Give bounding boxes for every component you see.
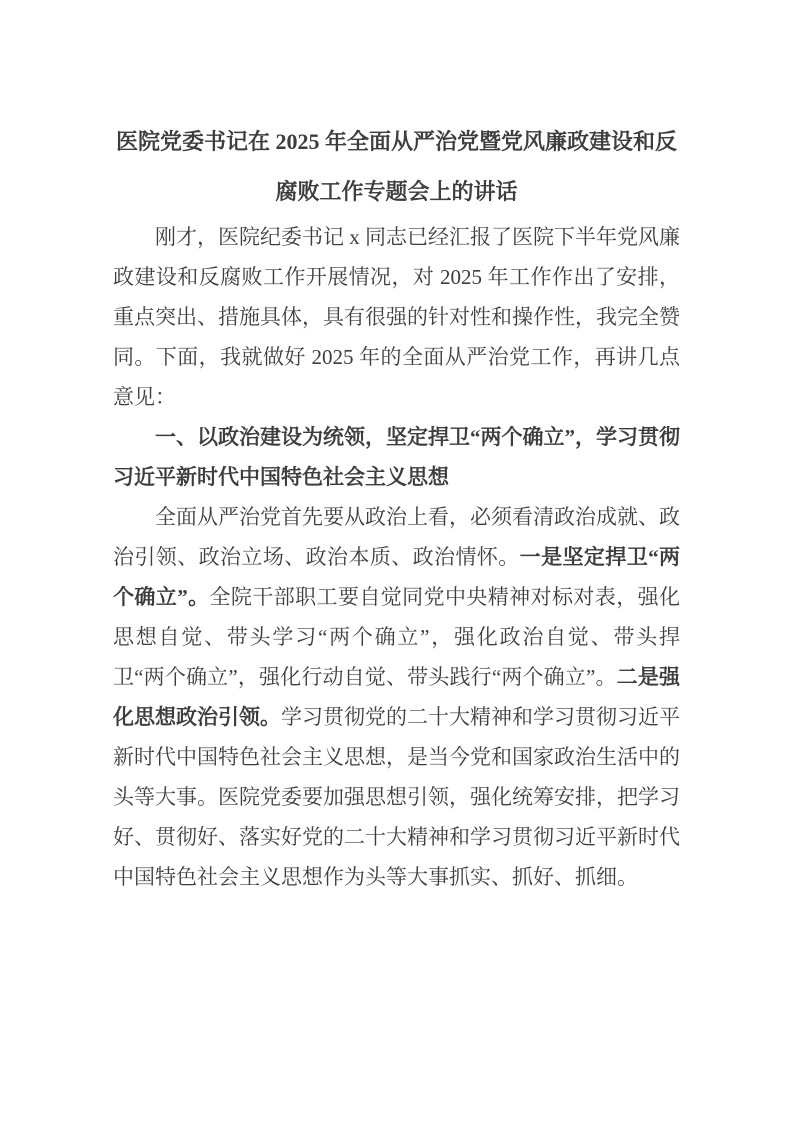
document-page: 医院党委书记在 2025 年全面从严治党暨党风廉政建设和反腐败工作专题会上的讲话…	[0, 0, 793, 1122]
document-title: 医院党委书记在 2025 年全面从严治党暨党风廉政建设和反腐败工作专题会上的讲话	[113, 117, 680, 217]
document-body: 刚才，医院纪委书记 x 同志已经汇报了医院下半年党风廉政建设和反腐败工作开展情况…	[113, 217, 680, 897]
paragraph: 刚才，医院纪委书记 x 同志已经汇报了医院下半年党风廉政建设和反腐败工作开展情况…	[113, 217, 680, 417]
text-run: 刚才，医院纪委书记 x 同志已经汇报了医院下半年党风廉政建设和反腐败工作开展情况…	[113, 225, 680, 409]
section-heading: 一、以政治建设为统领，坚定捍卫“两个确立”，学习贯彻习近平新时代中国特色社会主义…	[113, 417, 680, 497]
bold-text-run: 一、以政治建设为统领，坚定捍卫“两个确立”，学习贯彻习近平新时代中国特色社会主义…	[113, 425, 680, 489]
paragraph: 全面从严治党首先要从政治上看，必须看清政治成就、政治引领、政治立场、政治本质、政…	[113, 497, 680, 897]
text-run: 学习贯彻党的二十大精神和学习贯彻习近平新时代中国特色社会主义思想，是当今党和国家…	[113, 705, 680, 889]
